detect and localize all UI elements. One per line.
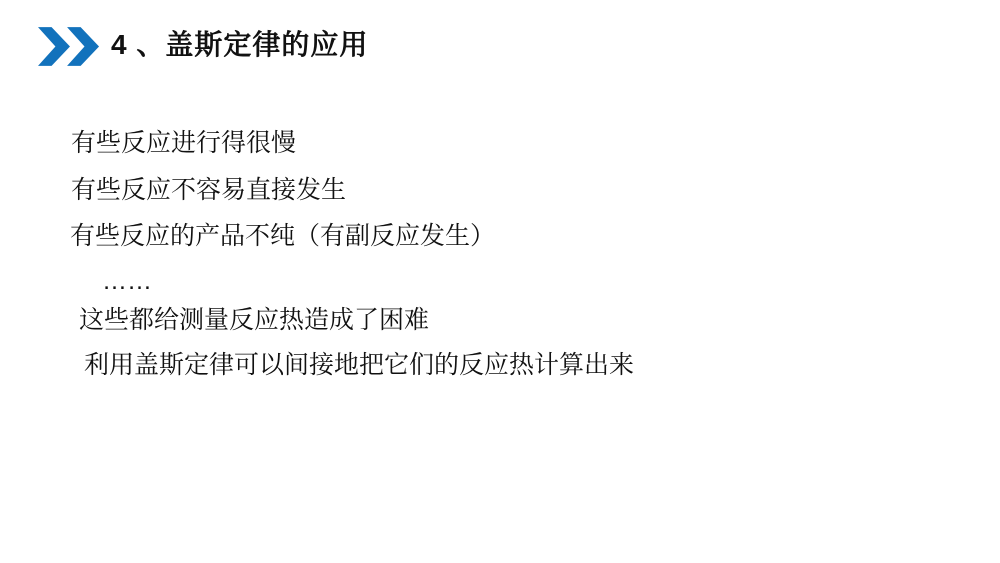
body-line-slow-reactions: 有些反应进行得很慢: [71, 128, 296, 158]
body-line-hess-law-solution: 利用盖斯定律可以间接地把它们的反应热计算出来: [84, 350, 634, 380]
body-line-hard-to-occur: 有些反应不容易直接发生: [71, 175, 346, 205]
slide-body: 有些反应进行得很慢 有些反应不容易直接发生 有些反应的产品不纯（有副反应发生） …: [0, 0, 1000, 563]
body-line-ellipsis: ……: [102, 266, 152, 296]
presentation-slide: 4 、盖斯定律的应用 有些反应进行得很慢 有些反应不容易直接发生 有些反应的产品…: [0, 0, 1000, 563]
body-line-impure-products: 有些反应的产品不纯（有副反应发生）: [70, 221, 495, 251]
body-line-measurement-difficulty: 这些都给测量反应热造成了困难: [79, 305, 429, 335]
